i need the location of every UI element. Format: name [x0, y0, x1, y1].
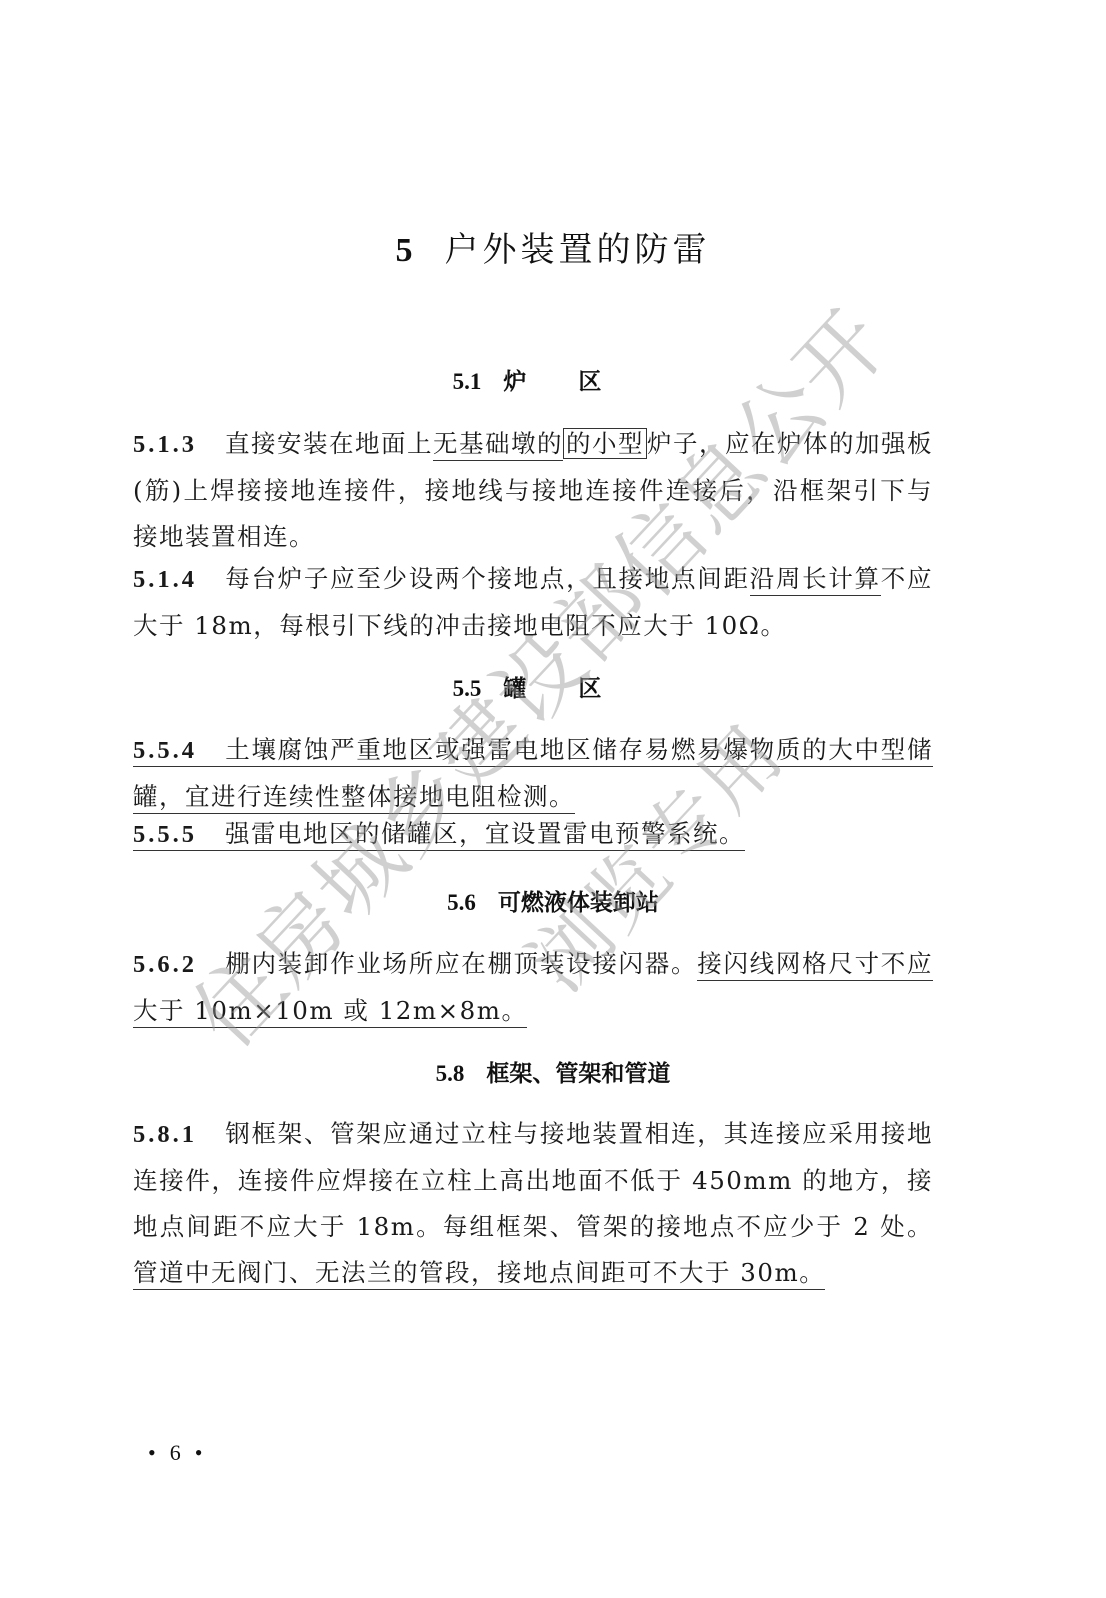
clause-number: 5.8.1: [133, 1121, 197, 1148]
underlined-text: 沿周长计算: [750, 564, 881, 596]
section-heading-5-5: 5.5罐区: [0, 670, 1106, 703]
clause-text: 钢框架、管架应通过立柱与接地装置相连，其连接应采用接地连接件，连接件应焊接在立柱…: [133, 1119, 933, 1241]
section-number: 5.6: [447, 890, 476, 915]
clause-5-1-4: 5.1.4每台炉子应至少设两个接地点，且接地点间距沿周长计算不应大于 18m，每…: [133, 556, 933, 649]
section-number: 5.1: [453, 369, 482, 394]
chapter-title-text: 户外装置的防雷: [445, 230, 711, 270]
clause-5-8-1: 5.8.1钢框架、管架应通过立柱与接地装置相连，其连接应采用接地连接件，连接件应…: [133, 1111, 933, 1296]
clause-number: 5.6.2: [133, 951, 197, 978]
underlined-text: 无基础墩的: [433, 429, 563, 461]
section-number: 5.5: [453, 676, 482, 701]
section-number: 5.8: [436, 1061, 465, 1086]
section-heading-5-1: 5.1炉区: [0, 363, 1106, 396]
section-heading-5-6: 5.6可燃液体装卸站: [0, 884, 1106, 917]
section-title: 炉区: [503, 369, 653, 395]
chapter-number: 5: [396, 232, 417, 269]
section-heading-5-8: 5.8框架、管架和管道: [0, 1055, 1106, 1088]
clause-text: 每台炉子应至少设两个接地点，且接地点间距: [225, 564, 750, 593]
clause-number: 5.1.4: [133, 566, 197, 593]
clause-text: 直接安装在地面上: [225, 429, 433, 458]
underlined-text: 管道中无阀门、无法兰的管段，接地点间距可不大于 30m。: [133, 1258, 825, 1290]
section-title: 框架、管架和管道: [486, 1061, 670, 1087]
clause-number: 5.5.5: [133, 821, 197, 848]
clause-number: 5.1.3: [133, 431, 197, 458]
page-number-value: 6: [170, 1440, 195, 1465]
bullet-icon: •: [148, 1440, 170, 1465]
boxed-text: 的小型: [563, 428, 647, 459]
section-title: 罐区: [503, 676, 653, 702]
clause-5-1-3: 5.1.3直接安装在地面上无基础墩的的小型炉子，应在炉体的加强板(筋)上焊接接地…: [133, 421, 933, 560]
underlined-text: 强雷电地区的储罐区，宜设置雷电预警系统。: [225, 819, 745, 848]
section-title: 可燃液体装卸站: [498, 890, 659, 916]
underlined-text: 土壤腐蚀严重地区或强雷电地区储存易燃易爆物质的大中型储罐，宜进行连续性整体接地电…: [133, 735, 933, 811]
bullet-icon: •: [195, 1440, 217, 1465]
clause-5-6-2: 5.6.2棚内装卸作业场所应在棚顶装设接闪器。接闪线网格尺寸不应大于 10m×1…: [133, 941, 933, 1034]
clause-number: 5.5.4: [133, 737, 197, 764]
clause-5-5-4: 5.5.4土壤腐蚀严重地区或强雷电地区储存易燃易爆物质的大中型储罐，宜进行连续性…: [133, 727, 933, 820]
document-page: 5户外装置的防雷 5.1炉区 5.1.3直接安装在地面上无基础墩的的小型炉子，应…: [0, 0, 1106, 1598]
page-number: •6•: [148, 1440, 216, 1466]
chapter-title: 5户外装置的防雷: [0, 222, 1106, 271]
clause-5-5-5: 5.5.5强雷电地区的储罐区，宜设置雷电预警系统。: [133, 811, 933, 858]
clause-text: 棚内装卸作业场所应在棚顶装设接闪器。: [225, 949, 697, 978]
